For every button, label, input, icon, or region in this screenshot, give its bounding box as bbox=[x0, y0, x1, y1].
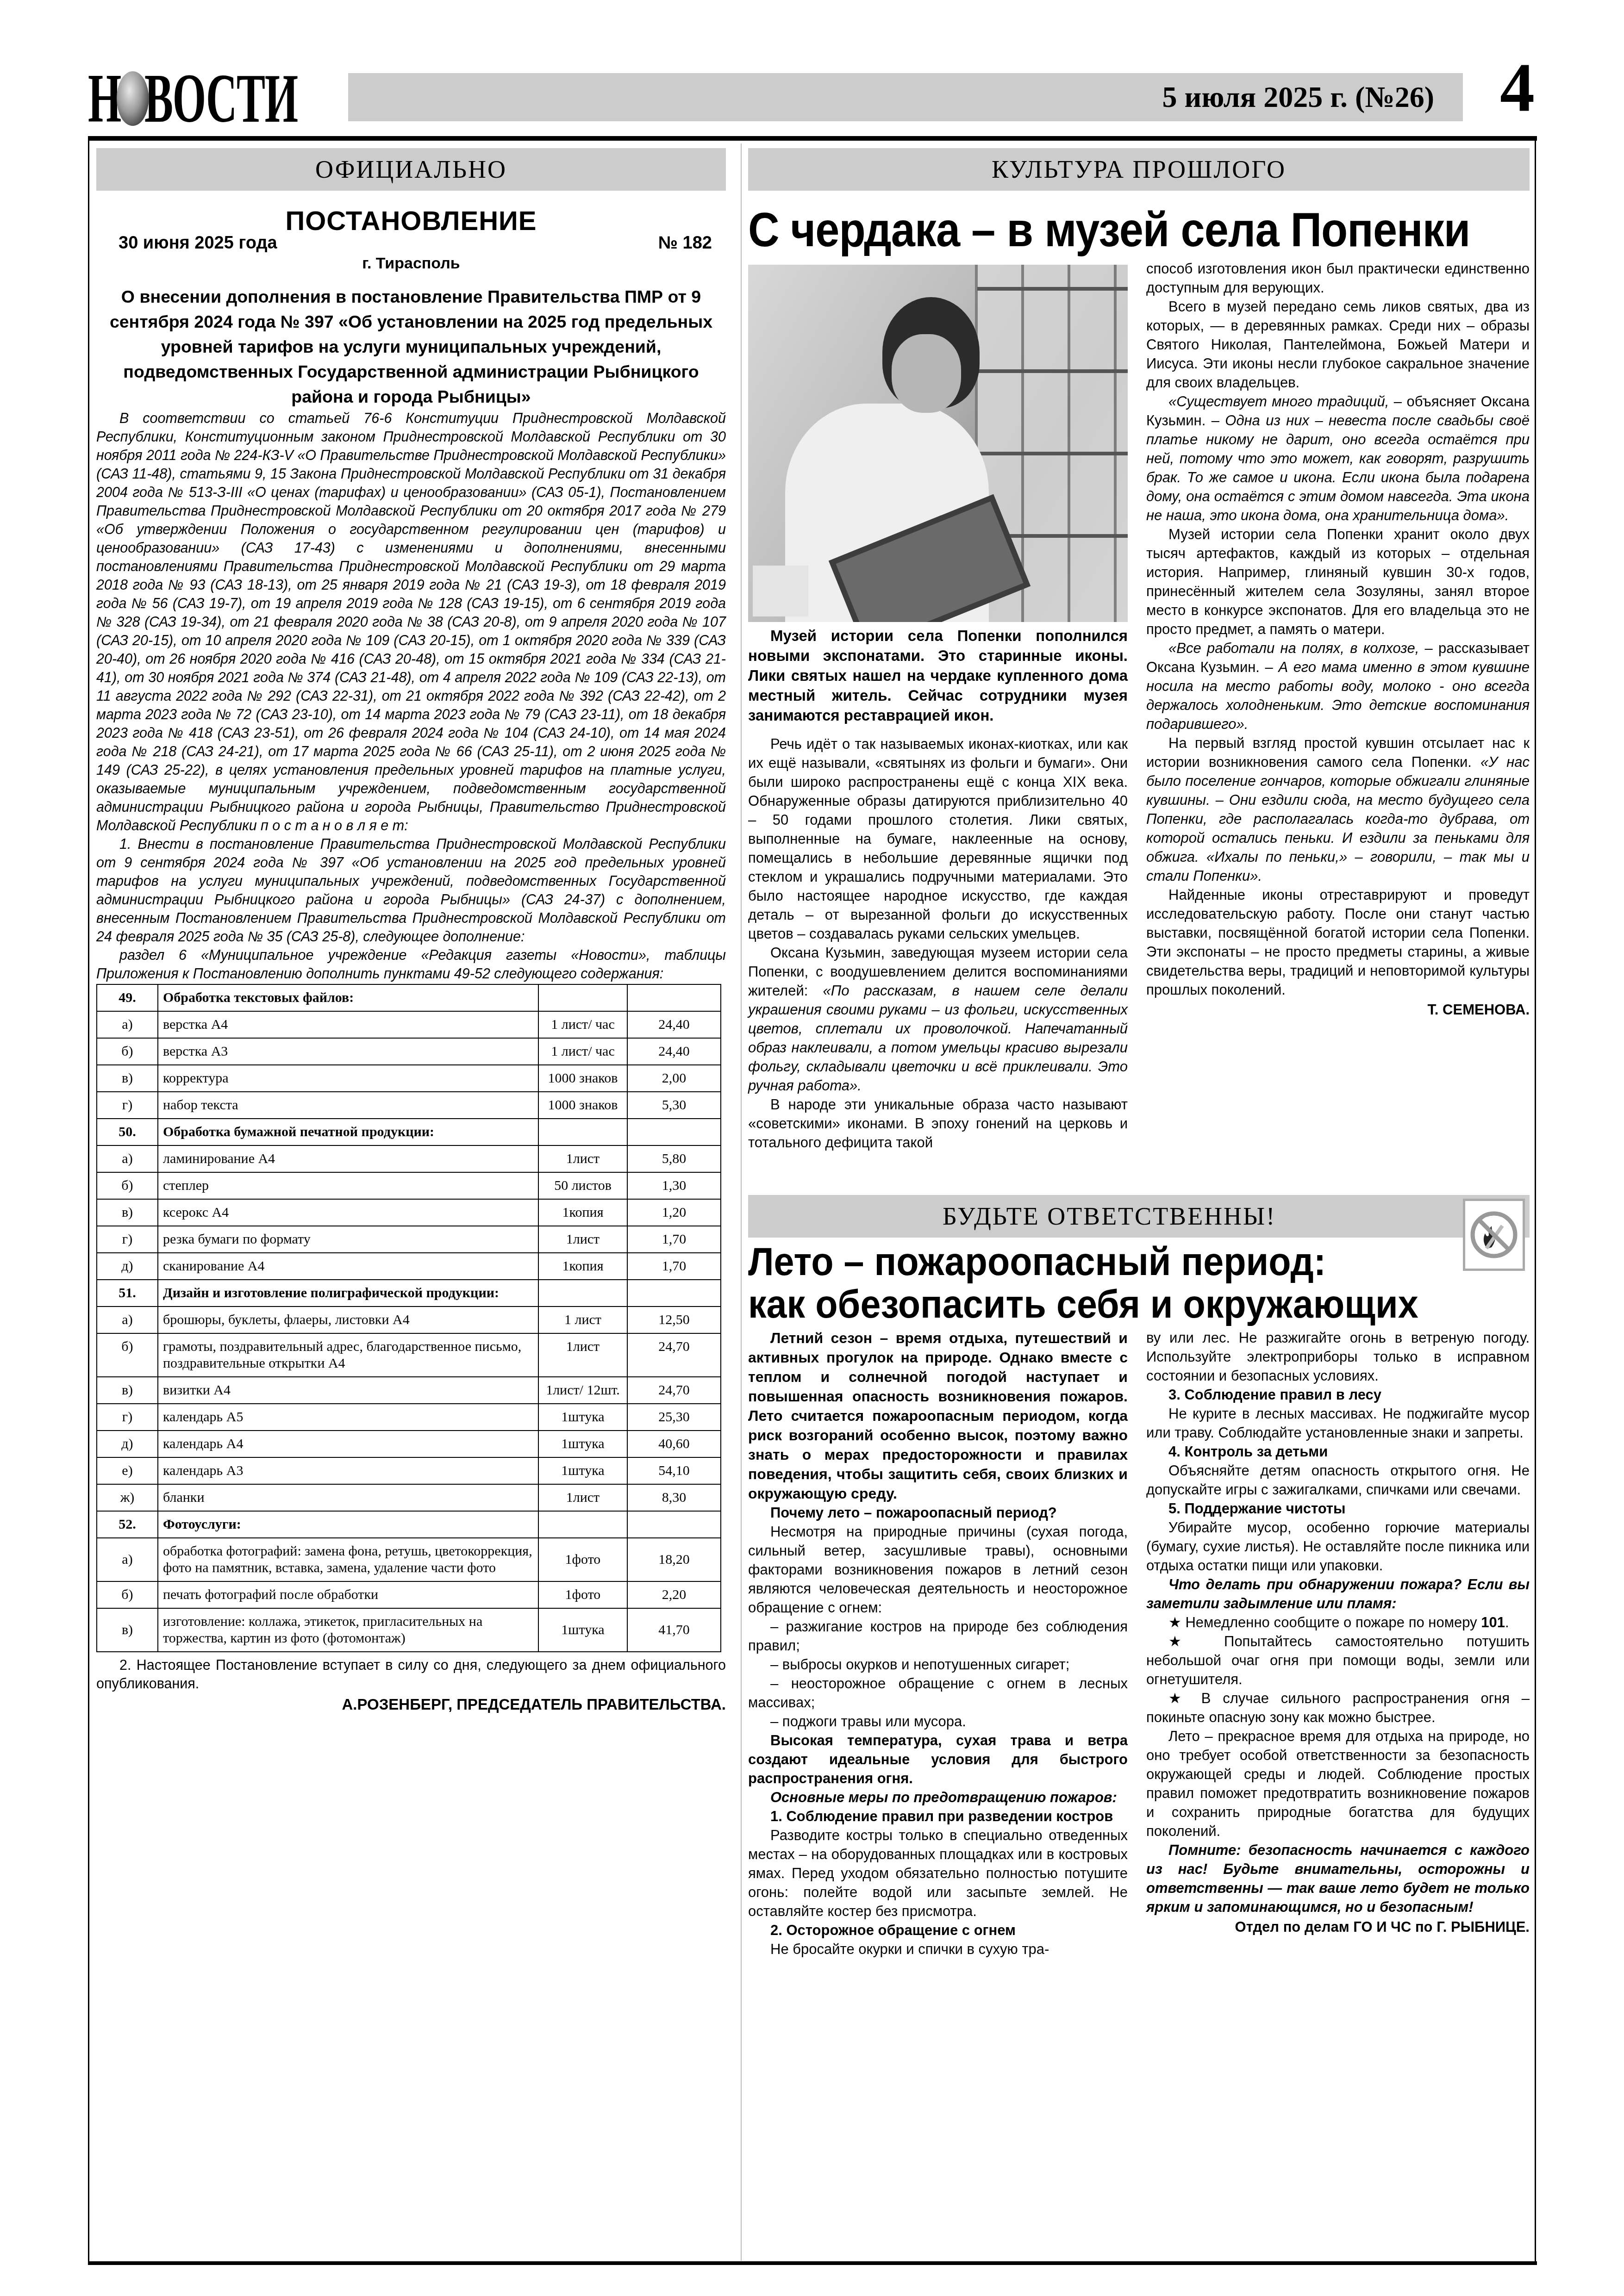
paragraph: способ изготовления икон был практически… bbox=[1146, 259, 1530, 297]
row-number: в) bbox=[97, 1065, 158, 1092]
price: 54,10 bbox=[627, 1457, 721, 1484]
unit: 1фото bbox=[538, 1538, 627, 1581]
decree-city: г. Тирасполь bbox=[96, 255, 726, 273]
preamble: В соответствии со статьей 76-6 Конституц… bbox=[96, 409, 726, 835]
subheading: 3. Соблюдение правил в лесу bbox=[1146, 1385, 1530, 1404]
price: 41,70 bbox=[627, 1608, 721, 1652]
photo-sign bbox=[753, 566, 808, 616]
unit: 1 лист/ час bbox=[538, 1011, 627, 1038]
table-row: а)верстка А41 лист/ час24,40 bbox=[97, 1011, 721, 1038]
tariff-table: 49.Обработка текстовых файлов:а)верстка … bbox=[96, 984, 721, 1652]
table-row: д)сканирование А41копия1,70 bbox=[97, 1253, 721, 1280]
price: 18,20 bbox=[627, 1538, 721, 1581]
bottom-rule bbox=[88, 2261, 1537, 2265]
table-row: в)визитки А41лист/ 12шт.24,70 bbox=[97, 1377, 721, 1404]
service-name: резка бумаги по формату bbox=[158, 1226, 538, 1253]
subheading: 4. Контроль за детьми bbox=[1146, 1442, 1530, 1461]
row-number: д) bbox=[97, 1253, 158, 1280]
quote: «По рассказам, в нашем селе делали украш… bbox=[748, 983, 1128, 1094]
no-flame-svg bbox=[1468, 1205, 1519, 1265]
table-row: а)брошюры, буклеты, флаеры, листовки А41… bbox=[97, 1307, 721, 1333]
unit: 1лист bbox=[538, 1145, 627, 1172]
price: 5,80 bbox=[627, 1145, 721, 1172]
official-section: ОФИЦИАЛЬНО 30 июня 2025 года ПОСТАНОВЛЕН… bbox=[96, 148, 726, 1713]
list-item: – поджоги травы или мусора. bbox=[748, 1712, 1128, 1731]
headline-fire-line2: как обезопасить себя и окружающих bbox=[748, 1283, 1467, 1325]
logo-letter: Н bbox=[88, 64, 121, 133]
unit: 50 листов bbox=[538, 1172, 627, 1199]
byline-culture: Т. СЕМЕНОВА. bbox=[1146, 1000, 1530, 1019]
unit: 1000 знаков bbox=[538, 1065, 627, 1092]
unit: 1штука bbox=[538, 1431, 627, 1457]
remember-note: Помните: безопасность начинается с каждо… bbox=[1146, 1841, 1530, 1916]
decree-closing: 2. Настоящее Постановление вступает в си… bbox=[96, 1656, 726, 1693]
paragraph: Речь идёт о так называемых иконах-киотка… bbox=[748, 734, 1128, 943]
unit: 1лист bbox=[538, 1226, 627, 1253]
price: 40,60 bbox=[627, 1431, 721, 1457]
table-row: 50.Обработка бумажной печатной продукции… bbox=[97, 1119, 721, 1145]
price: 1,70 bbox=[627, 1253, 721, 1280]
no-open-flame-icon bbox=[1463, 1199, 1525, 1271]
byline-fire: Отдел по делам ГО И ЧС по Г. РЫБНИЦЕ. bbox=[1146, 1917, 1530, 1936]
museum-col-b: способ изготовления икон был практически… bbox=[1146, 259, 1530, 1019]
table-row: б)верстка А31 лист/ час24,40 bbox=[97, 1038, 721, 1065]
price: 5,30 bbox=[627, 1092, 721, 1119]
paragraph: Музей истории села Попенки хранит около … bbox=[1146, 525, 1530, 639]
service-name: верстка А4 bbox=[158, 1011, 538, 1038]
service-name: Обработка бумажной печатной продукции: bbox=[158, 1119, 538, 1145]
row-number: а) bbox=[97, 1538, 158, 1581]
paragraph: «Все работали на полях, в колхозе, – рас… bbox=[1146, 639, 1530, 734]
unit: 1штука bbox=[538, 1404, 627, 1431]
quote: «Все работали на полях, в колхозе, bbox=[1168, 640, 1419, 656]
right-column: КУЛЬТУРА ПРОШЛОГО С чердака – в музей се… bbox=[748, 148, 1530, 2208]
action-item: ★ В случае сильного распространения огня… bbox=[1146, 1689, 1530, 1727]
row-number: е) bbox=[97, 1457, 158, 1484]
emphasis: Высокая температура, сухая трава и ветра… bbox=[748, 1731, 1128, 1788]
decree-type: ПОСТАНОВЛЕНИЕ bbox=[96, 205, 726, 236]
row-number: б) bbox=[97, 1581, 158, 1608]
table-row: а)ламинирование А41лист5,80 bbox=[97, 1145, 721, 1172]
table-row: д)календарь А41штука40,60 bbox=[97, 1431, 721, 1457]
asterisk-icon: ★ bbox=[1168, 1614, 1185, 1630]
unit: 1лист bbox=[538, 1484, 627, 1511]
clause-1-section: раздел 6 «Муниципальное учреждение «Реда… bbox=[96, 946, 726, 983]
price: 24,70 bbox=[627, 1377, 721, 1404]
table-row: б)степлер50 листов1,30 bbox=[97, 1172, 721, 1199]
price: 24,70 bbox=[627, 1333, 721, 1377]
price: 24,40 bbox=[627, 1038, 721, 1065]
paragraph: Не курите в лесных массивах. Не поджигай… bbox=[1146, 1404, 1530, 1442]
quote: «Существует много традиций, bbox=[1168, 393, 1389, 410]
price: 25,30 bbox=[627, 1404, 721, 1431]
subheading: Что делать при обнаружении пожара? Если … bbox=[1146, 1575, 1530, 1613]
unit: 1копия bbox=[538, 1253, 627, 1280]
phone-number: 101 bbox=[1481, 1614, 1505, 1630]
price bbox=[627, 1119, 721, 1145]
headline-fire-line1: Лето – пожароопасный период: bbox=[748, 1240, 1467, 1283]
newspaper-logo: Н ВОСТИ bbox=[88, 69, 298, 127]
row-number: г) bbox=[97, 1226, 158, 1253]
asterisk-icon: ★ bbox=[1168, 1690, 1201, 1706]
row-number: а) bbox=[97, 1145, 158, 1172]
table-row: б)грамоты, поздравительный адрес, благод… bbox=[97, 1333, 721, 1377]
service-name: календарь А4 bbox=[158, 1431, 538, 1457]
photo-person-face bbox=[892, 334, 961, 413]
column-divider bbox=[741, 143, 742, 2261]
service-name: Обработка текстовых файлов: bbox=[158, 984, 538, 1011]
asterisk-icon: ★ bbox=[1168, 1633, 1224, 1649]
service-name: ксерокс А4 bbox=[158, 1199, 538, 1226]
price: 1,20 bbox=[627, 1199, 721, 1226]
row-number: б) bbox=[97, 1172, 158, 1199]
quote: Одна из них – невеста после свадьбы своё… bbox=[1146, 412, 1530, 523]
list-item: – выбросы окурков и непотушенных сигарет… bbox=[748, 1655, 1128, 1674]
text: На первый взгляд простой кувшин отсылает… bbox=[1146, 735, 1530, 770]
subheading: Почему лето – пожароопасный период? bbox=[748, 1503, 1128, 1522]
service-name: изготовление: коллажа, этикеток, приглас… bbox=[158, 1608, 538, 1652]
service-name: бланки bbox=[158, 1484, 538, 1511]
logo-rest: ВОСТИ bbox=[144, 64, 298, 133]
page-number: 4 bbox=[1500, 56, 1535, 120]
subheading: 5. Поддержание чистоты bbox=[1146, 1499, 1530, 1518]
paragraph: На первый взгляд простой кувшин отсылает… bbox=[1146, 734, 1530, 885]
unit: 1лист bbox=[538, 1333, 627, 1377]
decree-number: № 182 bbox=[658, 233, 712, 253]
unit: 1фото bbox=[538, 1581, 627, 1608]
service-name: печать фотографий после обработки bbox=[158, 1581, 538, 1608]
row-number: г) bbox=[97, 1404, 158, 1431]
row-number: а) bbox=[97, 1307, 158, 1333]
table-row: г)набор текста1000 знаков5,30 bbox=[97, 1092, 721, 1119]
table-row: 49.Обработка текстовых файлов: bbox=[97, 984, 721, 1011]
service-name: календарь А3 bbox=[158, 1457, 538, 1484]
unit bbox=[538, 1280, 627, 1307]
unit: 1000 знаков bbox=[538, 1092, 627, 1119]
unit: 1 лист/ час bbox=[538, 1038, 627, 1065]
table-row: е)календарь А31штука54,10 bbox=[97, 1457, 721, 1484]
unit bbox=[538, 1119, 627, 1145]
paragraph: Оксана Кузьмин, заведующая музеем истори… bbox=[748, 943, 1128, 1095]
paragraph: Всего в музей передано семь ликов святых… bbox=[1146, 297, 1530, 392]
row-number: в) bbox=[97, 1199, 158, 1226]
fire-lead: Летний сезон – время отдыха, путешествий… bbox=[748, 1328, 1128, 1503]
table-row: г)календарь А51штука25,30 bbox=[97, 1404, 721, 1431]
table-row: ж)бланки1лист8,30 bbox=[97, 1484, 721, 1511]
paragraph: Несмотря на природные причины (сухая пог… bbox=[748, 1522, 1128, 1617]
museum-photo bbox=[748, 265, 1128, 622]
text: . bbox=[1505, 1614, 1509, 1630]
list-item: – разжигание костров на природе без собл… bbox=[748, 1617, 1128, 1655]
service-name: корректура bbox=[158, 1065, 538, 1092]
subheading: 1. Соблюдение правил при разведении кост… bbox=[748, 1807, 1128, 1826]
row-number: 50. bbox=[97, 1119, 158, 1145]
row-number: б) bbox=[97, 1333, 158, 1377]
unit: 1штука bbox=[538, 1608, 627, 1652]
table-row: б)печать фотографий после обработки1фото… bbox=[97, 1581, 721, 1608]
price: 1,30 bbox=[627, 1172, 721, 1199]
action-item: ★ Немедленно сообщите о пожаре по номеру… bbox=[1146, 1613, 1530, 1632]
price bbox=[627, 984, 721, 1011]
table-row: 52.Фотоуслуги: bbox=[97, 1511, 721, 1538]
service-name: обработка фотографий: замена фона, ретуш… bbox=[158, 1538, 538, 1581]
subheading: Основные меры по предотвращению пожаров: bbox=[748, 1788, 1128, 1807]
service-name: календарь А5 bbox=[158, 1404, 538, 1431]
paragraph: ву или лес. Не разжигайте огонь в ветрен… bbox=[1146, 1328, 1530, 1385]
text: В случае сильного распространения огня –… bbox=[1146, 1690, 1530, 1725]
service-name: набор текста bbox=[158, 1092, 538, 1119]
unit: 1копия bbox=[538, 1199, 627, 1226]
fire-columns: Летний сезон – время отдыха, путешествий… bbox=[748, 1328, 1530, 2208]
table-row: г)резка бумаги по формату1лист1,70 bbox=[97, 1226, 721, 1253]
price: 24,40 bbox=[627, 1011, 721, 1038]
subheading: 2. Осторожное обращение с огнем bbox=[748, 1921, 1128, 1940]
row-number: г) bbox=[97, 1092, 158, 1119]
price: 1,70 bbox=[627, 1226, 721, 1253]
paragraph: В народе эти уникальные образа часто наз… bbox=[748, 1095, 1128, 1152]
price: 8,30 bbox=[627, 1484, 721, 1511]
clause-2: 2. Настоящее Постановление вступает в си… bbox=[96, 1656, 726, 1693]
row-number: 49. bbox=[97, 984, 158, 1011]
action-item: ★ Попытайтесь самостоятельно потушить не… bbox=[1146, 1632, 1530, 1689]
row-number: б) bbox=[97, 1038, 158, 1065]
quote: «У нас было поселение гончаров, которые … bbox=[1146, 754, 1530, 884]
unit: 1штука bbox=[538, 1457, 627, 1484]
service-name: брошюры, буклеты, флаеры, листовки А4 bbox=[158, 1307, 538, 1333]
service-name: ламинирование А4 bbox=[158, 1145, 538, 1172]
table-row: в)изготовление: коллажа, этикеток, пригл… bbox=[97, 1608, 721, 1652]
fire-article: БУДЬТЕ ОТВЕТСТВЕННЫ! Лето – пожароопасны… bbox=[748, 1195, 1530, 2208]
unit: 1 лист bbox=[538, 1307, 627, 1333]
row-number: в) bbox=[97, 1608, 158, 1652]
service-name: визитки А4 bbox=[158, 1377, 538, 1404]
list-item: – неосторожное обращение с огнем в лесны… bbox=[748, 1674, 1128, 1712]
row-number: 52. bbox=[97, 1511, 158, 1538]
section-label-official: ОФИЦИАЛЬНО bbox=[96, 148, 726, 191]
table-row: 51.Дизайн и изготовление полиграфической… bbox=[97, 1280, 721, 1307]
service-name: степлер bbox=[158, 1172, 538, 1199]
photo-caption: Музей истории села Попенки пополнился но… bbox=[748, 626, 1128, 725]
issue-date: 5 июля 2025 г. (№26) bbox=[1162, 78, 1435, 117]
clause-1: 1. Внести в постановление Правительства … bbox=[96, 835, 726, 946]
service-name: верстка А3 bbox=[158, 1038, 538, 1065]
decree-subject: О внесении дополнения в постановление Пр… bbox=[96, 284, 726, 409]
museum-col-a: Речь идёт о так называемых иконах-киотка… bbox=[748, 734, 1128, 1152]
paragraph: Объясняйте детям опасность открытого огн… bbox=[1146, 1461, 1530, 1499]
caption-text: Музей истории села Попенки пополнился но… bbox=[748, 626, 1128, 725]
price: 12,50 bbox=[627, 1307, 721, 1333]
price bbox=[627, 1511, 721, 1538]
paragraph: Убирайте мусор, особенно горючие материа… bbox=[1146, 1518, 1530, 1575]
row-number: д) bbox=[97, 1431, 158, 1457]
row-number: а) bbox=[97, 1011, 158, 1038]
price: 2,00 bbox=[627, 1065, 721, 1092]
row-number: в) bbox=[97, 1377, 158, 1404]
paragraph: Разводите костры только в специально отв… bbox=[748, 1826, 1128, 1921]
paragraph: Не бросайте окурки и спички в сухую тра- bbox=[748, 1940, 1128, 1959]
globe-icon bbox=[117, 71, 149, 126]
price: 2,20 bbox=[627, 1581, 721, 1608]
headline-museum: С чердака – в музей села Попенки bbox=[748, 200, 1451, 260]
service-name: Дизайн и изготовление полиграфической пр… bbox=[158, 1280, 538, 1307]
unit bbox=[538, 984, 627, 1011]
lead-text: Летний сезон – время отдыха, путешествий… bbox=[748, 1328, 1128, 1503]
fire-col-b: ву или лес. Не разжигайте огонь в ветрен… bbox=[1146, 1328, 1530, 1936]
fire-body-a: Почему лето – пожароопасный период? Несм… bbox=[748, 1503, 1128, 1959]
paragraph: Найденные иконы отреставрируют и проведу… bbox=[1146, 885, 1530, 999]
service-name: сканирование А4 bbox=[158, 1253, 538, 1280]
paragraph: «Существует много традиций, – объясняет … bbox=[1146, 392, 1530, 525]
table-row: а)обработка фотографий: замена фона, рет… bbox=[97, 1538, 721, 1581]
unit: 1лист/ 12шт. bbox=[538, 1377, 627, 1404]
paragraph: Лето – прекрасное время для отдыха на пр… bbox=[1146, 1727, 1530, 1841]
row-number: ж) bbox=[97, 1484, 158, 1511]
service-name: грамоты, поздравительный адрес, благодар… bbox=[158, 1333, 538, 1377]
table-row: в)корректура1000 знаков2,00 bbox=[97, 1065, 721, 1092]
unit bbox=[538, 1511, 627, 1538]
museum-article: Музей истории села Попенки пополнился но… bbox=[748, 265, 1530, 1186]
price bbox=[627, 1280, 721, 1307]
signature: А.РОЗЕНБЕРГ, ПРЕДСЕДАТЕЛЬ ПРАВИТЕЛЬСТВА. bbox=[96, 1696, 726, 1713]
section-label-fire: БУДЬТЕ ОТВЕТСТВЕННЫ! bbox=[748, 1195, 1530, 1238]
service-name: Фотоуслуги: bbox=[158, 1511, 538, 1538]
text: Немедленно сообщите о пожаре по номеру bbox=[1185, 1614, 1481, 1630]
decree-body: В соответствии со статьей 76-6 Конституц… bbox=[96, 409, 726, 983]
section-label-culture: КУЛЬТУРА ПРОШЛОГО bbox=[748, 148, 1530, 191]
decree-header: 30 июня 2025 года ПОСТАНОВЛЕНИЕ № 182 г.… bbox=[96, 201, 726, 284]
row-number: 51. bbox=[97, 1280, 158, 1307]
table-row: в)ксерокс А41копия1,20 bbox=[97, 1199, 721, 1226]
fire-col-a: Летний сезон – время отдыха, путешествий… bbox=[748, 1328, 1128, 1959]
